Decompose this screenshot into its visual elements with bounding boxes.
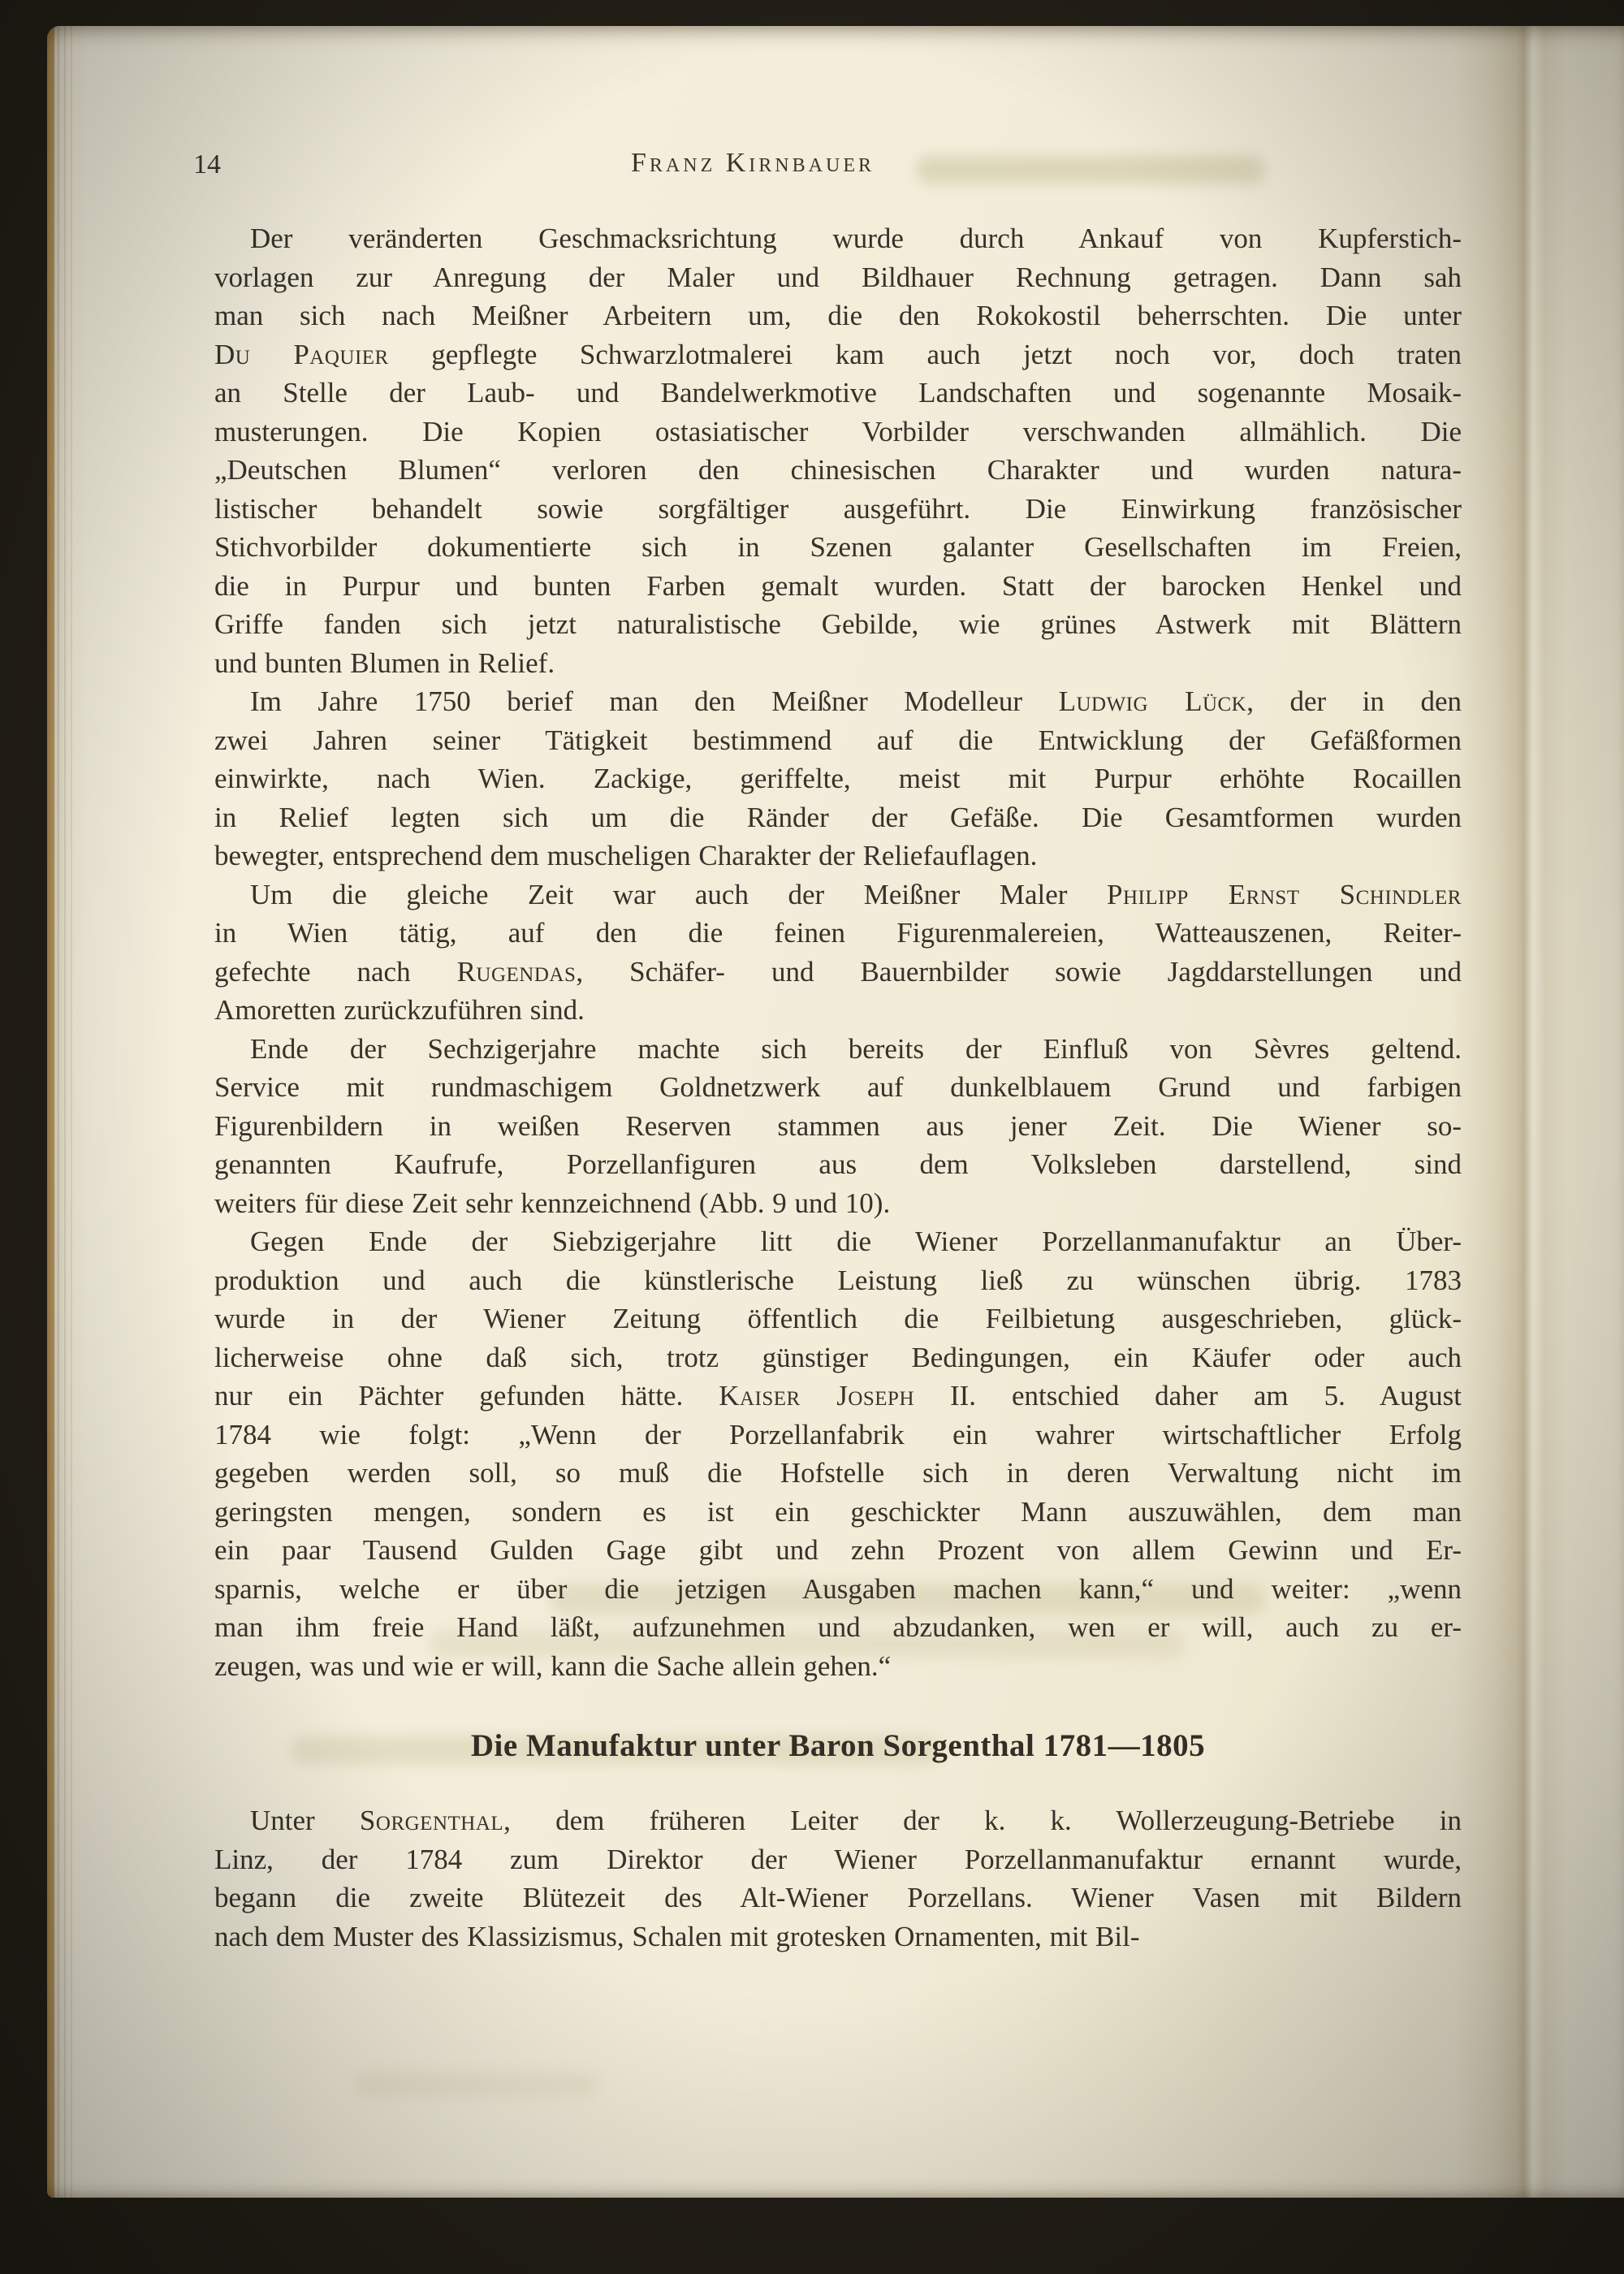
text-line: gegeben werden soll, so muß die Hofstell… [214, 1454, 1462, 1493]
text-line: in Relief legten sich um die Ränder der … [214, 798, 1462, 837]
text-line: zwei Jahren seiner Tätigkeit bestimmend … [214, 721, 1462, 760]
text-line: Griffe fanden sich jetzt naturalistische… [214, 605, 1462, 644]
running-header-title: Franz Kirnbauer [214, 148, 1291, 179]
text-line: Service mit rundmaschigem Goldnetzwerk a… [214, 1068, 1462, 1107]
text-line: Der veränderten Geschmacksrichtung wurde… [214, 219, 1462, 258]
paragraph: Der veränderten Geschmacksrichtung wurde… [214, 219, 1462, 682]
text-line: einwirkte, nach Wien. Zackige, geriffelt… [214, 759, 1462, 798]
text-line: produktion und auch die künstlerische Le… [214, 1261, 1462, 1300]
text-line: vorlagen zur Anregung der Maler und Bild… [214, 258, 1462, 297]
text-line: die in Purpur und bunten Farben gemalt w… [214, 567, 1462, 606]
text-line: ein paar Tausend Gulden Gage gibt und ze… [214, 1531, 1462, 1570]
text-line: listischer behandelt sowie sorgfältiger … [214, 490, 1462, 529]
section-heading: Die Manufaktur unter Baron Sorgenthal 17… [214, 1727, 1462, 1764]
text-line: an Stelle der Laub- und Bandelwerkmotive… [214, 374, 1462, 413]
text-line: und bunten Blumen in Relief. [214, 644, 1462, 683]
paragraph: Ende der Sechzigerjahre machte sich bere… [214, 1030, 1462, 1223]
text-line: in Wien tätig, auf den die feinen Figure… [214, 914, 1462, 953]
text-line: Gegen Ende der Siebzigerjahre litt die W… [214, 1222, 1462, 1261]
book-page: 14 Franz Kirnbauer Der veränderten Gesch… [47, 26, 1624, 2198]
text-line: licherweise ohne daß sich, trotz günstig… [214, 1338, 1462, 1377]
text-line: bewegter, entsprechend dem muscheligen C… [214, 837, 1462, 875]
scanned-book-photo: { "page": { "number": "14", "running_hea… [0, 0, 1624, 2274]
paragraph: Unter Sorgenthal, dem früheren Leiter de… [214, 1801, 1462, 1956]
paragraph: Um die gleiche Zeit war auch der Meißner… [214, 875, 1462, 1030]
text-line: man ihm freie Hand läßt, aufzunehmen und… [214, 1608, 1462, 1647]
text-line: weiters für diese Zeit sehr kennzeichnen… [214, 1184, 1462, 1223]
text-line: wurde in der Wiener Zeitung öffentlich d… [214, 1299, 1462, 1338]
text-line: Du Paquier gepflegte Schwarzlotmalerei k… [214, 335, 1462, 374]
text-line: Amoretten zurückzuführen sind. [214, 991, 1462, 1030]
text-line: nur ein Pächter gefunden hätte. Kaiser J… [214, 1377, 1462, 1416]
text-line: Linz, der 1784 zum Direktor der Wiener P… [214, 1840, 1462, 1879]
text-line: Ende der Sechzigerjahre machte sich bere… [214, 1030, 1462, 1069]
text-line: geringsten mengen, sondern es ist ein ge… [214, 1493, 1462, 1532]
text-line: musterungen. Die Kopien ostasiatischer V… [214, 413, 1462, 452]
text-line: begann die zweite Blütezeit des Alt-Wien… [214, 1878, 1462, 1917]
text-line: Figurenbildern in weißen Reserven stamme… [214, 1107, 1462, 1146]
text-line: sparnis, welche er über die jetzigen Aus… [214, 1570, 1462, 1609]
running-header: 14 Franz Kirnbauer [214, 148, 1462, 184]
text-line: 1784 wie folgt: „Wenn der Porzellanfabri… [214, 1416, 1462, 1455]
page-content: 14 Franz Kirnbauer Der veränderten Gesch… [47, 26, 1624, 2198]
text-line: genannten Kaufrufe, Porzellanfiguren aus… [214, 1145, 1462, 1184]
text-line: nach dem Muster des Klassizismus, Schale… [214, 1917, 1462, 1956]
text-block: Der veränderten Geschmacksrichtung wurde… [214, 219, 1462, 1956]
text-line: Um die gleiche Zeit war auch der Meißner… [214, 875, 1462, 914]
text-line: „Deutschen Blumen“ verloren den chinesis… [214, 451, 1462, 490]
text-line: Stichvorbilder dokumentierte sich in Sze… [214, 528, 1462, 567]
text-line: zeugen, was und wie er will, kann die Sa… [214, 1647, 1462, 1686]
paragraph: Im Jahre 1750 berief man den Meißner Mod… [214, 682, 1462, 875]
text-line: gefechte nach Rugendas, Schäfer- und Bau… [214, 953, 1462, 992]
text-line: man sich nach Meißner Arbeitern um, die … [214, 296, 1462, 335]
paragraph: Gegen Ende der Siebzigerjahre litt die W… [214, 1222, 1462, 1685]
text-line: Im Jahre 1750 berief man den Meißner Mod… [214, 682, 1462, 721]
text-line: Unter Sorgenthal, dem früheren Leiter de… [214, 1801, 1462, 1840]
